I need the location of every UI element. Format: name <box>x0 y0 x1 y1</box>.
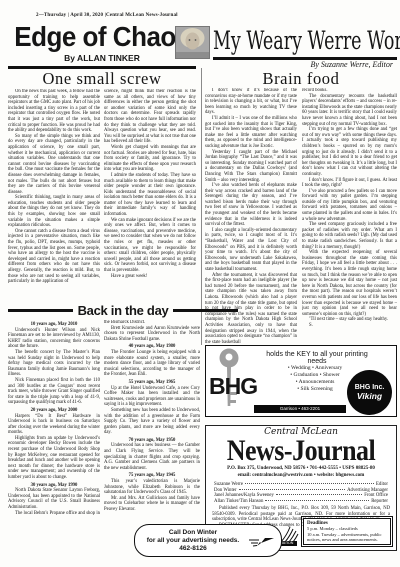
paragraph: • Wedding • Anniversary <box>261 365 369 372</box>
staff-role: Reporter <box>371 499 388 505</box>
paragraph: I’ve also watched herds of elephants mak… <box>205 183 297 228</box>
paragraph: Yesterday I caught part of the Michael J… <box>205 150 297 184</box>
paragraph: So many of the simple things we think an… <box>8 134 100 196</box>
paragraph: The local Behm’s Propane office and shop… <box>8 511 100 516</box>
paragraph: I don’t know if it’s because of the coro… <box>205 88 297 116</box>
weary-world-title: My Weary Werre World <box>213 27 397 56</box>
badge-company: BHG Inc. <box>355 384 385 391</box>
paragraph: Up at the Hotel Underwood Cafe, a new Co… <box>104 386 200 408</box>
paragraph: Have a great week! <box>104 274 196 280</box>
paragraph: Nick Finneman placed first in both the 1… <box>8 378 100 406</box>
paragraph: Highlights from an update by Underwood’s… <box>8 436 100 481</box>
paragraph: The seed company graciously included a f… <box>302 222 397 250</box>
paragraph: The Frontier Lounge is being equipped wi… <box>104 350 200 378</box>
brain-food-column-2: record books.The documentary recounts th… <box>302 88 397 343</box>
paragraph: Call Don Winter <box>141 529 245 537</box>
bhg-viking-badge: BHG Inc. Viking <box>347 370 392 415</box>
paragraph: Underwood’s Hunter Wilson and Nick Finne… <box>8 328 100 350</box>
dot-leader <box>245 483 374 484</box>
one-small-screw-headline: One small screw <box>8 69 196 89</box>
paragraph: for all your advertising needs. <box>141 537 245 545</box>
wheat-icon <box>279 525 299 543</box>
paragraph: One cannot catch a disease from a dead v… <box>8 229 100 285</box>
don-winter-ad-text: Call Don Winterfor all your advertising … <box>141 529 245 553</box>
paragraph: I’m trying to get a few things done and … <box>302 127 397 177</box>
staff-row: Allan Tinker/Tim HansonReporter <box>214 499 388 505</box>
brain-food-headline: Brain food <box>205 69 397 89</box>
paragraph: The documentary recounts the basketball … <box>302 94 397 128</box>
folio-line: 2—Thursday | April 30, 2020 |Central McL… <box>36 13 178 18</box>
paragraph: We can make ignorant decisions if we are… <box>104 218 196 274</box>
paragraph: I’ll admit it – I was one of the million… <box>205 116 297 150</box>
paragraph: 10 a.m. Tuesday – advertisements, public… <box>307 532 387 542</box>
paragraph: I don’t know. I’ll figure it out, I gues… <box>302 178 397 189</box>
bhg-ad-headline: holds the KEY to all your printing needs <box>258 351 376 365</box>
header-rule-left <box>8 309 73 312</box>
staff-name: Allan Tinker/Tim Hanson <box>214 499 263 505</box>
header-rule-right <box>173 309 238 312</box>
dot-leader <box>265 500 369 501</box>
masthead-email: email: centralmclean@westriv.com • websi… <box>206 473 396 478</box>
paragraph: Words get charged with meanings that are… <box>104 145 196 173</box>
edge-byline: By ALLAN TINKER <box>8 53 196 63</box>
paragraph: I’ve also procured a few pallets so I ca… <box>302 189 397 223</box>
paragraph: The benefit concert by The Master’s Plan… <box>8 350 100 378</box>
paragraph: Harpers “Do It Best” Hardware in Underwo… <box>8 414 100 436</box>
paragraph: On the news this past week, a fellow had… <box>8 89 100 134</box>
masthead-address: P.O. Box 375, Underwood, ND 58576 • 701-… <box>206 466 396 471</box>
paragraph: I admire the students of today. They hav… <box>104 173 196 218</box>
paragraph: science, might think that their reaction… <box>104 89 196 145</box>
paragraph: Mr. and Mrs. Art Gullickson and family h… <box>104 496 200 513</box>
paragraph: I also caught a locally-oriented documen… <box>205 228 297 273</box>
back-in-the-day-header: Back in the day <box>8 303 238 318</box>
plane-icon <box>247 534 275 548</box>
bhg-ad-contact: Garrison • 463-2201 <box>254 405 346 413</box>
don-winter-ad: Call Don Winterfor all your advertising … <box>134 524 282 557</box>
newspaper-page: 2—Thursday | April 30, 2020 |Central McL… <box>0 0 400 567</box>
paragraph: This year’s valedictorian is Marjorie Jo… <box>104 479 200 496</box>
one-small-screw-column-2: science, might think that their reaction… <box>104 89 196 302</box>
weary-byline: By Suzanne Werre, Editor <box>213 60 393 69</box>
paragraph: Underwood has a new business — the Gambe… <box>104 443 200 471</box>
edge-of-chaos-title: Edge of Chaos <box>8 20 196 53</box>
bhg-printing-ad: BHG holds the KEY to all your printing n… <box>205 345 397 417</box>
back-in-the-day-title: Back in the day <box>78 303 169 318</box>
paragraph: Something new has been added to Underwoo… <box>104 408 200 436</box>
paragraph: With the expected reopening of several b… <box>302 250 397 317</box>
deadlines-box: Deadlines 5 p.m. Monday – classifieds10 … <box>303 518 391 545</box>
paragraph: North Dakota State Senator Layton Frebor… <box>8 488 100 510</box>
paragraph: Scientific thinking, taught in many area… <box>8 195 100 229</box>
masthead-main-title: News-Journal <box>206 434 396 468</box>
paragraph: Brett Krumwiede and Aaron Krumwiede were… <box>104 326 200 343</box>
editor-photo <box>175 26 210 59</box>
paragraph: S. <box>302 323 397 329</box>
bhg-logo: BHG <box>209 373 257 400</box>
paragraph: 462-8126 <box>141 545 245 553</box>
back-in-the-day-column-2: the Bismarck District.Brett Krumwiede an… <box>104 320 200 516</box>
one-small-screw-column-1: On the news this past week, a fellow had… <box>8 89 100 302</box>
staff-list: Suzanne WerreEditorDon WinterAdvertising… <box>214 482 388 504</box>
badge-brand: Viking <box>357 391 382 401</box>
editor-portrait-image <box>176 27 209 58</box>
dot-leader <box>239 489 346 490</box>
back-in-the-day-column-1: 10 years ago, May 2010Underwood’s Hunter… <box>8 320 100 516</box>
dot-leader <box>276 494 362 495</box>
paragraph: ’Til next time – stay safe and stay heal… <box>302 317 397 323</box>
deadlines-list: 5 p.m. Monday – classifieds10 a.m. Tuesd… <box>307 526 387 542</box>
